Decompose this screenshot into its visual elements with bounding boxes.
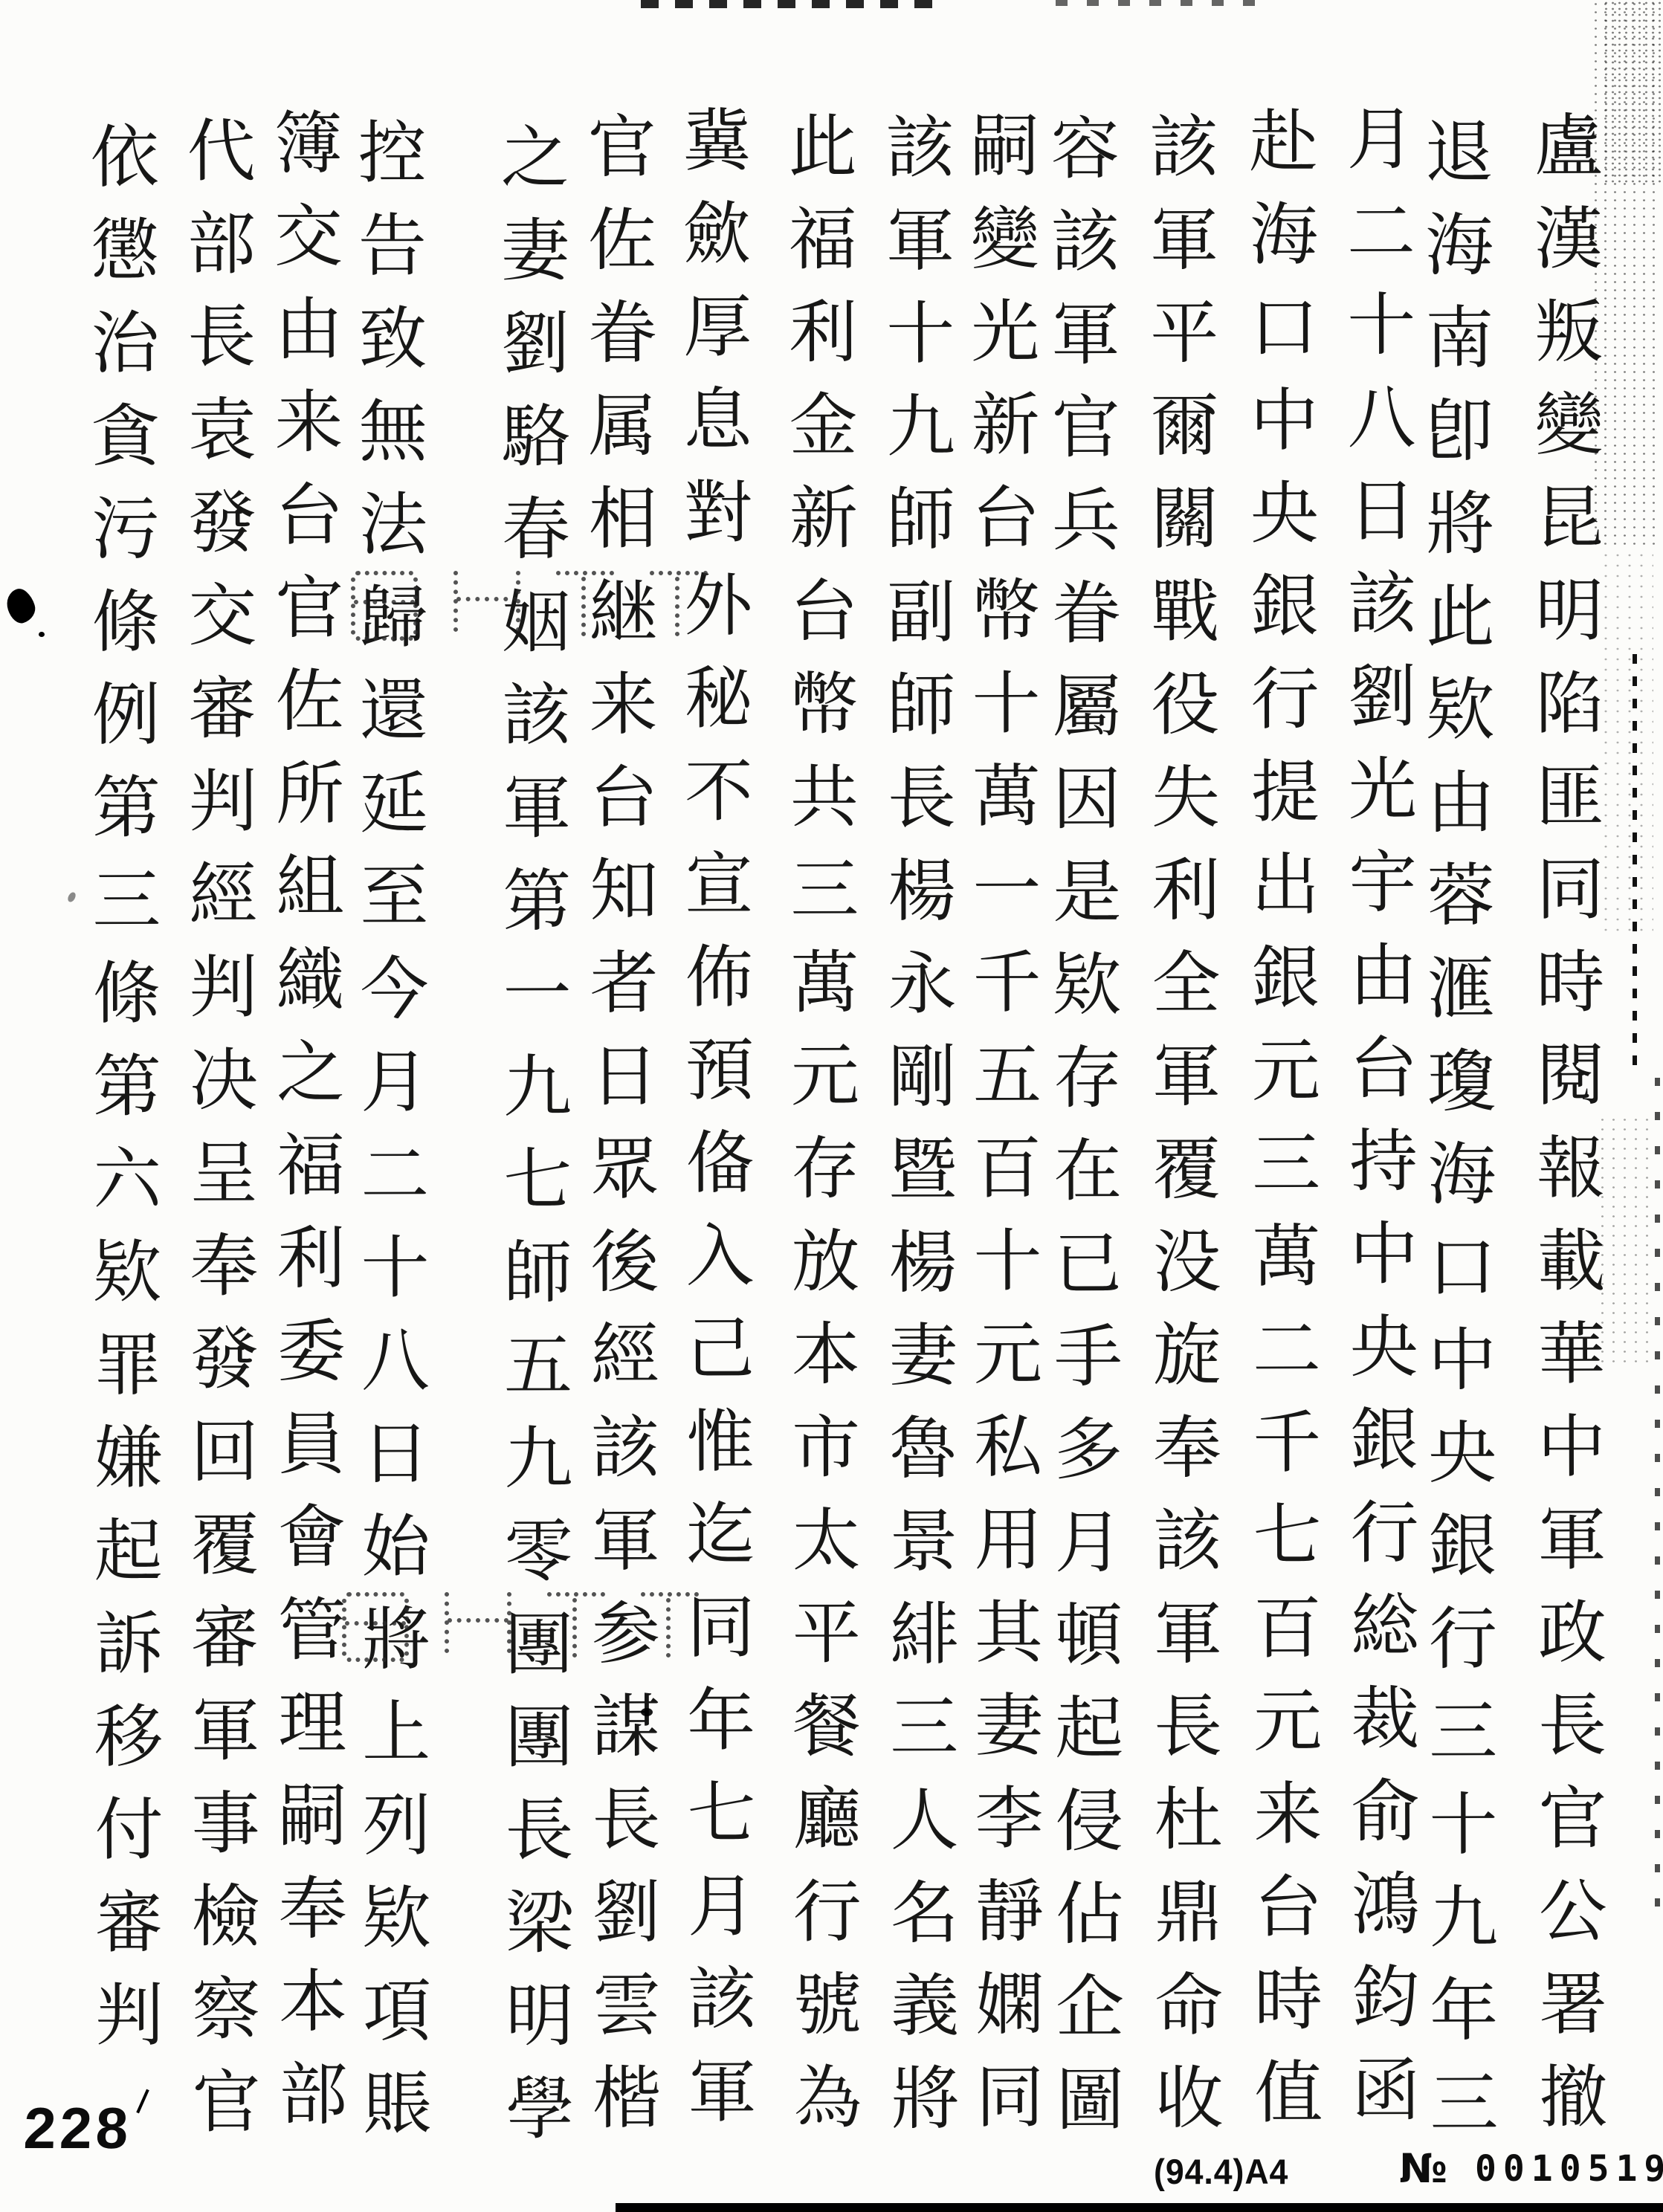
manuscript-column-13: 控告致無法歸還延至今月二十八日始將上列欵項賬 xyxy=(348,116,430,2160)
stamp-letter-t xyxy=(641,1592,699,1658)
footer-right: (94.4)A4 № 0010519 xyxy=(1154,2141,1630,2193)
numero-sign: № xyxy=(1399,2145,1447,2192)
manuscript-column-4: 赴海口中央銀行提出銀元三萬二千七百元来台時值 xyxy=(1239,105,1321,2149)
manuscript-column-14: 簿交由来台官佐所組織之福利委員會管理嗣奉本部 xyxy=(263,107,346,2151)
stamp-letter-t xyxy=(556,571,614,636)
stamp-letter-t xyxy=(547,1592,605,1658)
stamp-letter-h xyxy=(453,571,520,632)
fold-dashed-line-lower xyxy=(1655,1078,1660,1918)
manuscript-column-16: 依懲治貪污條例第三條第六欵罪嫌起訴移付審判 xyxy=(80,120,163,2072)
manuscript-column-7: 嗣變光新台幣十萬一千五百十元私用其妻李靜嫻同 xyxy=(960,109,1042,2153)
manuscript-column-10: 冀歛厚息對外秘不宣佈預俻入己惟迄同年七月該軍 xyxy=(672,104,755,2148)
paper-format-code: (94.4)A4 xyxy=(1154,2151,1288,2192)
manuscript-column-3: 月二十八日該劉光宇由台持中央銀行総裁俞鴻鈞函 xyxy=(1336,103,1418,2147)
scan-streak-top-edge-2 xyxy=(1056,0,1268,6)
scan-streak-top-edge xyxy=(641,0,942,8)
manuscript-column-9: 此福利金新台幣共三萬元存放本市太平餐廳行號為 xyxy=(778,110,860,2154)
manuscript: 盧漢叛變昆明陷匪同時閱報載華中軍政長官公署撤退海南卽將此欵由蓉滙瓊海口中央銀行三… xyxy=(0,0,1663,2212)
manuscript-column-8: 該軍十九師副師長楊永剛暨楊妻魯景緋三人名義將 xyxy=(875,111,958,2156)
stamp-letter-b xyxy=(342,1592,409,1662)
dot-matrix-stamp-2 xyxy=(342,1592,699,1662)
scan-noise-right-margin-3 xyxy=(1597,1115,1655,1368)
scan-noise-right-margin-2 xyxy=(1600,550,1653,937)
document-serial-number: 0010519 xyxy=(1475,2148,1663,2190)
manuscript-column-2: 退海南卽將此欵由蓉滙瓊海口中央銀行三十九年三 xyxy=(1415,116,1497,2160)
manuscript-column-11: 官佐眷属相継来台知者日眾後經該軍参謀長劉雲楷 xyxy=(577,111,659,2155)
manuscript-column-5: 該軍平爾關戰役失利全軍覆没旋奉該軍長杜鼎命收 xyxy=(1139,111,1221,2155)
stamp-letter-t xyxy=(650,571,708,636)
fold-dashed-line xyxy=(1633,654,1637,1078)
manuscript-column-12: 之妻劉駱春姻該軍第一九七師五九零團團長梁明學 xyxy=(491,121,573,2165)
stamp-letter-b xyxy=(351,571,418,641)
page-number: 228 xyxy=(22,2095,132,2162)
manuscript-column-6: 容該軍官兵眷屬因是欵存在已手多月頓起侵佔企圖 xyxy=(1041,112,1123,2156)
stamp-letter-h xyxy=(445,1592,511,1653)
manuscript-column-15: 代部長袁發交審判經判决呈奉發回覆審軍事檢察官 xyxy=(177,114,259,2158)
scan-noise-top-right-corner xyxy=(1603,0,1662,186)
dot-matrix-stamp-1 xyxy=(351,571,708,641)
ink-speck xyxy=(39,632,45,637)
scan-edge-bottom-bar xyxy=(616,2203,1663,2212)
ink-speck-2 xyxy=(641,1708,653,1716)
